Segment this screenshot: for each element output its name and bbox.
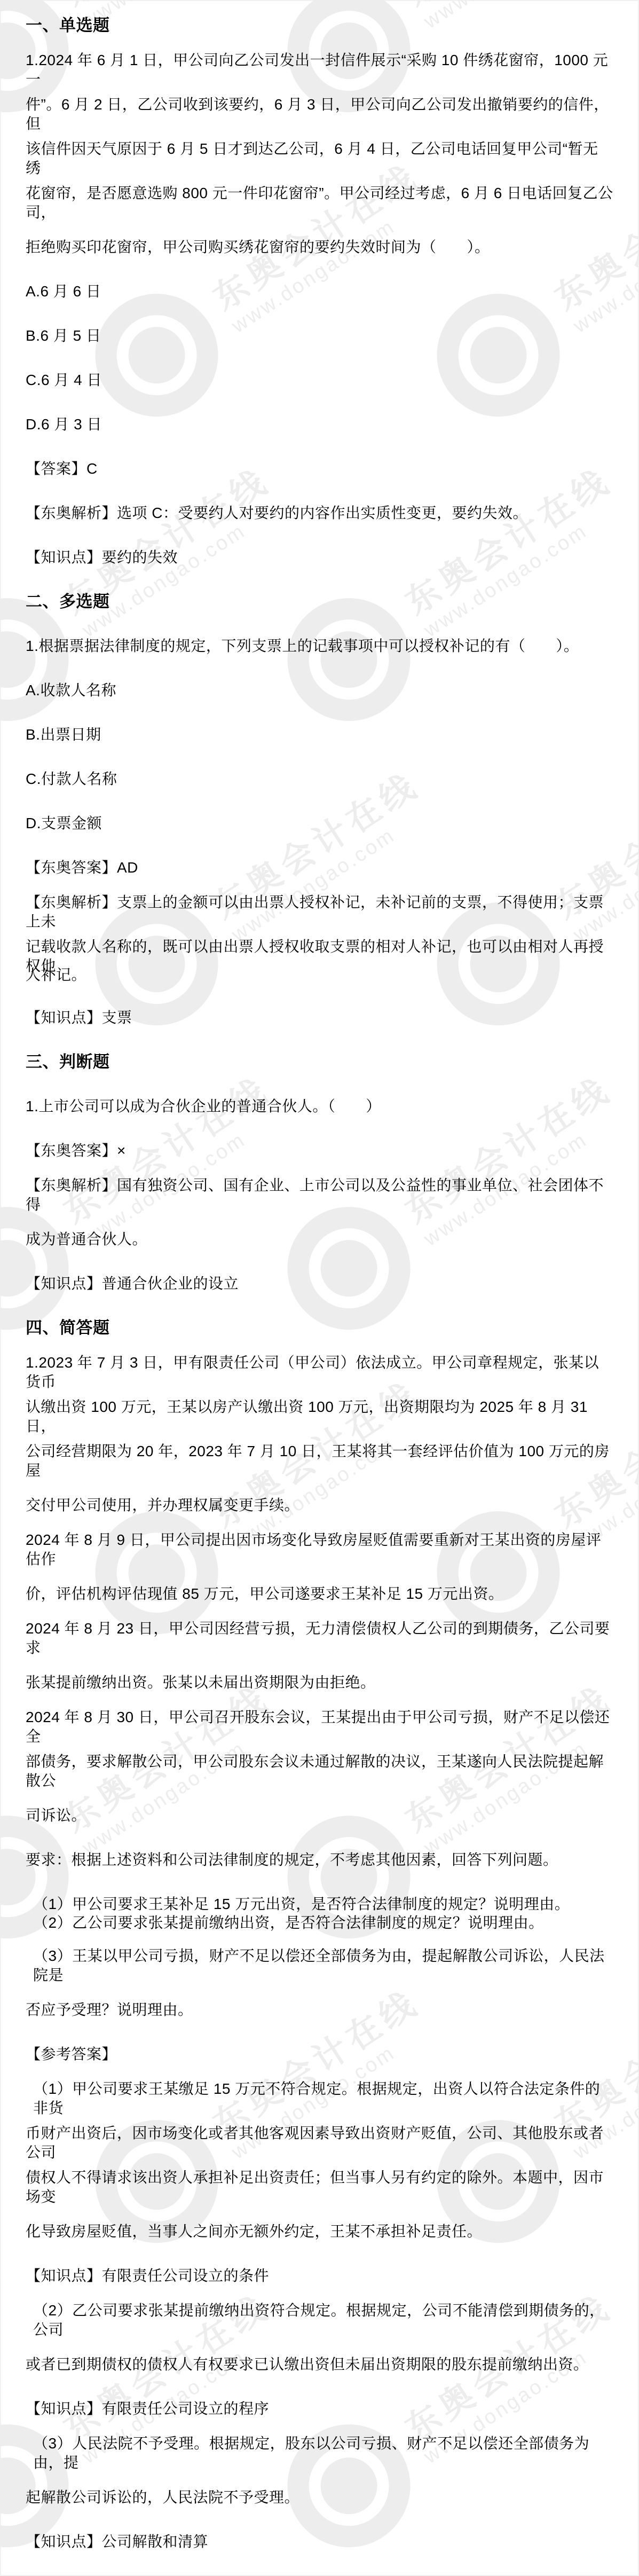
reference-answer-heading: 【参考答案】: [26, 2032, 613, 2076]
knowledge-point-line: 【知识点】要约的失效: [26, 535, 613, 579]
text-line: 1.根据票据法律制度的规定，下列支票上的记载事项中可以授权补记的有（ ）。: [26, 624, 613, 668]
text-line: 价，评估机构评估现值 85 万元，甲公司遂要求王某补足 15 万元出资。: [26, 1572, 613, 1616]
exam-document-page: 东奥会计在线www.dongao.com东奥会计在线www.dongao.com…: [0, 0, 639, 2576]
section-heading: 四、简答题: [26, 1306, 613, 1350]
option-line: B.出票日期: [26, 712, 613, 757]
knowledge-point-line: 【知识点】支票: [26, 995, 613, 1040]
section-heading: 二、多选题: [26, 579, 613, 624]
text-line: 拒绝购买印花窗帘，甲公司购买绣花窗帘的要约失效时间为（ ）。: [26, 225, 613, 269]
text-line: 花窗帘，是否愿意选购 800 元一件印花窗帘”。甲公司经过考虑，6 月 6 日电…: [26, 180, 613, 225]
text-line: 部债务，要求解散公司，甲公司股东会议未通过解散的决议，王某遂向人民法院提起解散公: [26, 1749, 613, 1793]
text-line: 成为普通合伙人。: [26, 1217, 613, 1261]
answer-line: 【东奥答案】AD: [26, 845, 613, 890]
text-line: 化导致房屋贬值，当事人之间亦无额外约定，王某不承担补足责任。: [26, 2209, 613, 2253]
text-line: 否应予受理？说明理由。: [26, 1988, 613, 2032]
explanation-line: 【东奥解析】国有独资公司、国有企业、上市公司以及公益性的事业单位、社会团体不得: [26, 1173, 613, 1217]
text-line: 币财产出资后，因市场变化或者其他客观因素导致出资财产贬值，公司、其他股东或者公司: [26, 2121, 613, 2165]
text-line: 公司经营期限为 20 年，2023 年 7 月 10 日，王某将其一套经评估价值…: [26, 1439, 613, 1483]
option-line: D.支票金额: [26, 801, 613, 845]
text-line: 要求：根据上述资料和公司法律制度的规定，不考虑其他因素，回答下列问题。: [26, 1837, 613, 1882]
text-line: （3）王某以甲公司亏损，财产不足以偿还全部债务为由，提起解散公司诉讼，人民法院是: [26, 1943, 613, 1988]
explanation-line: 【东奥解析】支票上的金额可以由出票人授权补记，未补记前的支票，不得使用；支票上未: [26, 890, 613, 934]
section-heading: 三、判断题: [26, 1040, 613, 1084]
option-line: B.6 月 5 日: [26, 313, 613, 358]
option-line: D.6 月 3 日: [26, 402, 613, 446]
text-line: （3）人民法院不予受理。根据规定，股东以公司亏损、财产不足以偿还全部债务为由，提: [26, 2431, 613, 2475]
text-line: 债权人不得请求该出资人承担补足出资责任；但当事人另有约定的除外。本题中，因市场变: [26, 2165, 613, 2209]
answer-line: 【答案】C: [26, 446, 613, 491]
text-line: 2024 年 8 月 23 日，甲公司因经营亏损，无力清偿债权人乙公司的到期债务…: [26, 1616, 613, 1660]
option-line: A.6 月 6 日: [26, 269, 613, 313]
text-line: 2024 年 8 月 9 日，甲公司提出因市场变化导致房屋贬值需要重新对王某出资…: [26, 1527, 613, 1572]
text-line: 司诉讼。: [26, 1793, 613, 1837]
option-line: A.收款人名称: [26, 668, 613, 712]
text-line: 记载收款人名称的，既可以由出票人授权收取支票的相对人补记，也可以由相对人再授权他: [26, 934, 613, 978]
option-line: C.6 月 4 日: [26, 358, 613, 402]
text-line: 交付甲公司使用，并办理权属变更手续。: [26, 1483, 613, 1527]
text-line: 或者已到期债权的债权人有权要求已认缴出资但未届出资期限的股东提前缴纳出资。: [26, 2342, 613, 2386]
text-line: （1）甲公司要求王某缴足 15 万元不符合规定。根据规定，出资人以符合法定条件的…: [26, 2076, 613, 2121]
option-line: C.付款人名称: [26, 757, 613, 801]
knowledge-point-line: 【知识点】有限责任公司设立的程序: [26, 2386, 613, 2431]
text-line: 认缴出资 100 万元，王某以房产认缴出资 100 万元，出资期限均为 2025…: [26, 1394, 613, 1439]
text-line: 起解散公司诉讼的，人民法院不予受理。: [26, 2475, 613, 2519]
text-line: 张某提前缴纳出资。张某以未届出资期限为由拒绝。: [26, 1660, 613, 1705]
knowledge-point-line: 【知识点】普通合伙企业的设立: [26, 1261, 613, 1306]
text-line: 1.2024 年 6 月 1 日，甲公司向乙公司发出一封信件展示“采购 10 件…: [26, 48, 613, 92]
text-line: 2024 年 8 月 30 日，甲公司召开股东会议，王某提出由于甲公司亏损，财产…: [26, 1705, 613, 1749]
section-heading: 一、单选题: [26, 3, 613, 48]
text-line: （2）乙公司要求张某提前缴纳出资符合规定。根据规定，公司不能清偿到期债务的，公司: [26, 2298, 613, 2342]
knowledge-point-line: 【知识点】有限责任公司设立的条件: [26, 2253, 613, 2298]
explanation-line: 【东奥解析】选项 C：受要约人对要约的内容作出实质性变更，要约失效。: [26, 491, 613, 535]
text-line: 该信件因天气原因于 6 月 5 日才到达乙公司，6 月 4 日，乙公司电话回复甲…: [26, 136, 613, 180]
text-line: 1.上市公司可以成为合伙企业的普通合伙人。（ ）: [26, 1084, 613, 1128]
answer-line: 【东奥答案】×: [26, 1128, 613, 1173]
knowledge-point-line: 【知识点】公司解散和清算: [26, 2519, 613, 2564]
document-body: 一、单选题1.2024 年 6 月 1 日，甲公司向乙公司发出一封信件展示“采购…: [0, 0, 639, 2576]
text-line: 1.2023 年 7 月 3 日，甲有限责任公司（甲公司）依法成立。甲公司章程规…: [26, 1350, 613, 1394]
text-line: 件”。6 月 2 日，乙公司收到该要约，6 月 3 日，甲公司向乙公司发出撤销要…: [26, 92, 613, 136]
text-line: （2）乙公司要求张某提前缴纳出资，是否符合法律制度的规定？说明理由。: [26, 1913, 613, 1933]
